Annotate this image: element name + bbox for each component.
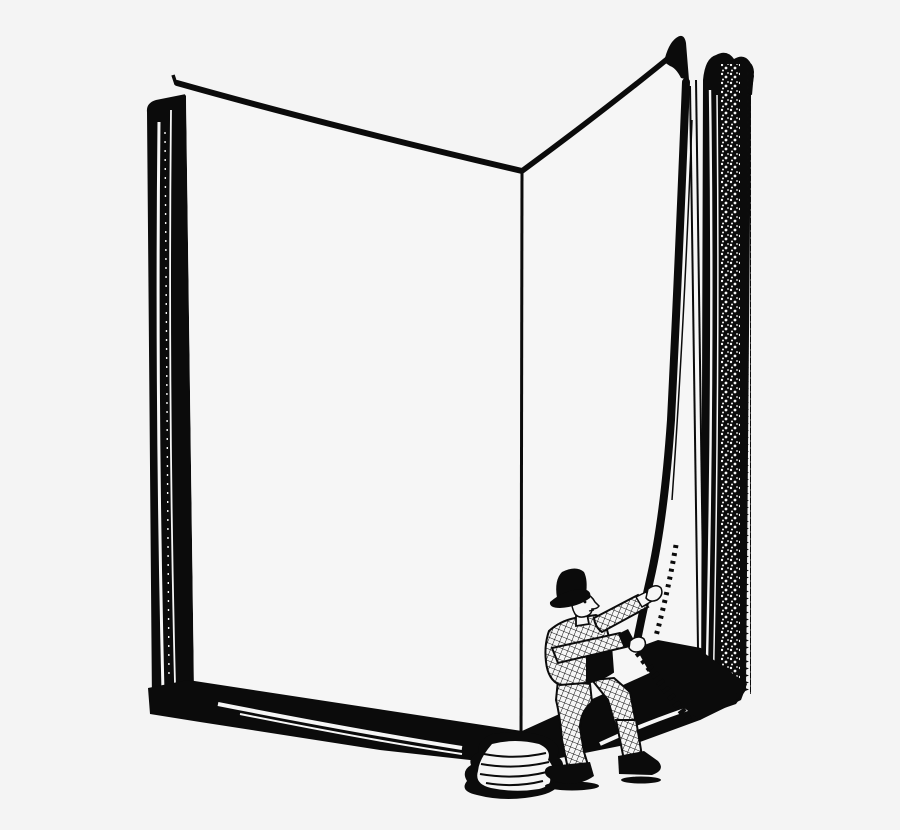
spine-stipple	[721, 64, 740, 696]
illustration	[0, 0, 900, 830]
left-cover	[147, 94, 194, 704]
left-page	[173, 75, 522, 740]
spine-serrated-edge	[741, 66, 751, 694]
center-fold-line	[521, 172, 522, 742]
foot-shadow-right	[621, 777, 661, 784]
right-hand	[646, 586, 662, 601]
book-illustration	[0, 0, 900, 830]
right-cover-spine	[701, 53, 754, 716]
left-hand	[629, 637, 645, 652]
